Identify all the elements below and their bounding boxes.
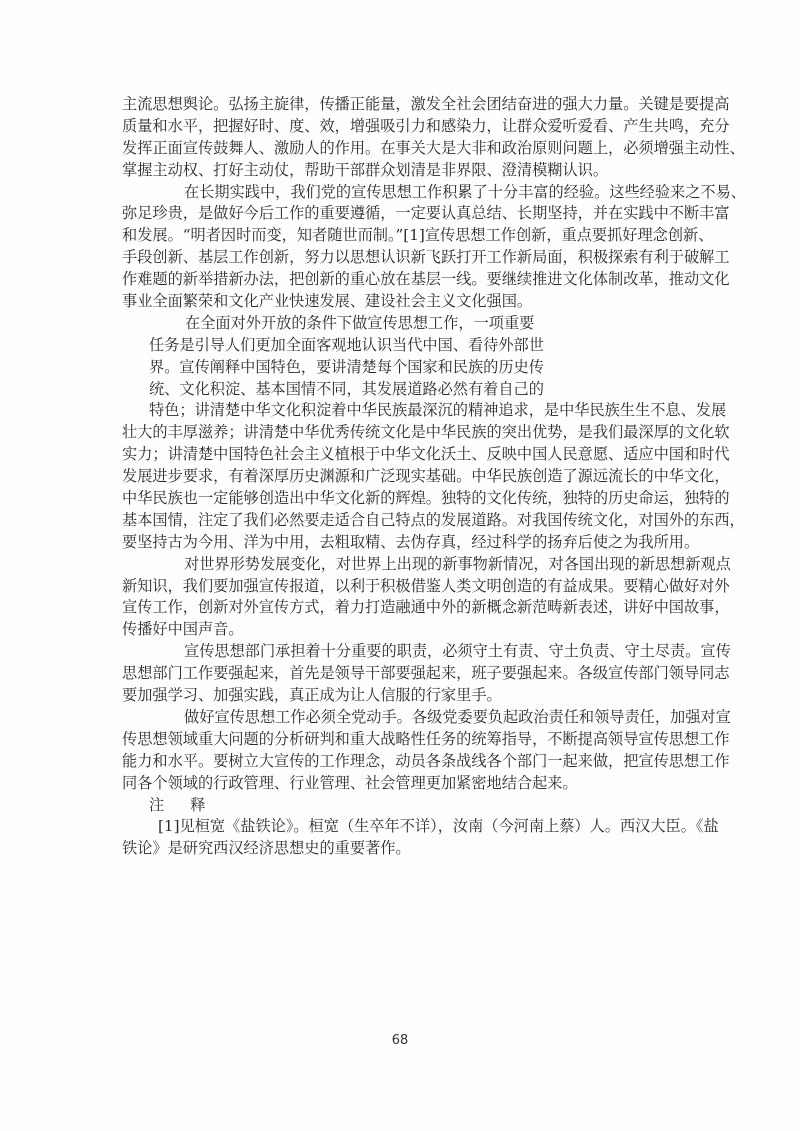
paragraph-6: 做好宣传思想工作必须全党动手。各级党委要负起政治责任和领导责任，加强对宣 传思想… — [122, 707, 682, 795]
text-line: 任务是引导人们更加全面客观地认识当代中国、看待外部世 — [122, 335, 510, 357]
text-line: 界。宣传阐释中国特色，要讲清楚每个国家和民族的历史传 — [122, 357, 510, 379]
paragraph-4: 对世界形势发展变化，对世界上出现的新事物新情况，对各国出现的新思想新观点 新知识… — [122, 554, 682, 642]
text-line: 传播好中国声音。 — [122, 619, 682, 641]
text-line: 发展进步要求，有着深厚历史渊源和广泛现实基础。中华民族创造了源远流长的中华文化， — [122, 466, 682, 488]
text-line: 手段创新、基层工作创新，努力以思想认识新飞跃打开工作新局面，积极探索有利于破解工 — [122, 247, 682, 269]
text-line: 在全面对外开放的条件下做宣传思想工作，一项重要 — [122, 313, 510, 335]
text-line: 特色；讲清楚中华文化积淀着中华民族最深沉的精神追求，是中华民族生生不息、发展 — [122, 400, 682, 422]
text-line: 发挥正面宣传鼓舞人、激励人的作用。在事关大是大非和政治原则问题上，必须增强主动性… — [122, 138, 682, 160]
text-line: 新知识，我们要加强宣传报道，以利于积极借鉴人类文明创造的有益成果。要精心做好对外 — [122, 576, 682, 598]
body-text: 主流思想舆论。弘扬主旋律，传播正能量，激发全社会团结奋进的强大力量。关键是要提高… — [122, 94, 682, 860]
text-line: 在长期实践中，我们党的宣传思想工作积累了十分丰富的经验。这些经验来之不易、 — [122, 182, 682, 204]
text-line: 事业全面繁荣和文化产业快速发展、建设社会主义文化强国。 — [122, 291, 682, 313]
text-line: 实力；讲清楚中国特色社会主义植根于中华文化沃土、反映中国人民意愿、适应中国和时代 — [122, 444, 682, 466]
paragraph-5: 宣传思想部门承担着十分重要的职责，必须守土有责、守土负责、守土尽责。宣传 思想部… — [122, 641, 682, 707]
text-line: 宣传思想部门承担着十分重要的职责，必须守土有责、守土负责、守土尽责。宣传 — [122, 641, 682, 663]
paragraph-1: 主流思想舆论。弘扬主旋律，传播正能量，激发全社会团结奋进的强大力量。关键是要提高… — [122, 94, 682, 182]
text-line: 弥足珍贵，是做好今后工作的重要遵循，一定要认真总结、长期坚持，并在实践中不断丰富 — [122, 203, 682, 225]
text-line: 对世界形势发展变化，对世界上出现的新事物新情况，对各国出现的新思想新观点 — [122, 554, 682, 576]
footnote-1: [1]见桓宽《盐铁论》。桓宽（生卒年不详），汝南（今河南上蔡）人。西汉大臣。《盐… — [122, 816, 682, 860]
paragraph-3-continued: 特色；讲清楚中华文化积淀着中华民族最深沉的精神追求，是中华民族生生不息、发展 壮… — [122, 400, 682, 553]
text-line: 同各个领域的行政管理、行业管理、社会管理更加紧密地结合起来。 — [122, 773, 682, 795]
footnote-line: 铁论》是研究西汉经济思想史的重要著作。 — [122, 838, 682, 860]
text-line: 思想部门工作要强起来，首先是领导干部要强起来，班子要强起来。各级宣传部门领导同志 — [122, 663, 682, 685]
notes-heading-part1: 注 — [149, 796, 164, 814]
notes-heading-part2: 释 — [190, 796, 205, 814]
page-number: 68 — [0, 1033, 800, 1048]
text-line: 中华民族也一定能够创造出中华文化新的辉煌。独特的文化传统，独特的历史命运，独特的 — [122, 488, 682, 510]
text-line: 主流思想舆论。弘扬主旋律，传播正能量，激发全社会团结奋进的强大力量。关键是要提高 — [122, 94, 682, 116]
text-line: 掌握主动权、打好主动仗，帮助干部群众划清是非界限、澄清模糊认识。 — [122, 160, 682, 182]
text-line: 统、文化积淀、基本国情不同，其发展道路必然有着自己的 — [122, 379, 510, 401]
text-line: 传思想领域重大问题的分析研判和重大战略性任务的统筹指导，不断提高领导宣传思想工作 — [122, 729, 682, 751]
text-line: 要坚持古为今用、洋为中用，去粗取精、去伪存真，经过科学的扬弃后使之为我所用。 — [122, 532, 682, 554]
text-line: 壮大的丰厚滋养；讲清楚中华优秀传统文化是中华民族的突出优势，是我们最深厚的文化软 — [122, 422, 682, 444]
text-line: 和发展。“明者因时而变，知者随世而制。”[1]宣传思想工作创新，重点要抓好理念创… — [122, 225, 682, 247]
footnote-line: [1]见桓宽《盐铁论》。桓宽（生卒年不详），汝南（今河南上蔡）人。西汉大臣。《盐 — [122, 816, 682, 838]
text-line: 要加强学习、加强实践，真正成为让人信服的行家里手。 — [122, 685, 682, 707]
text-line: 质量和水平，把握好时、度、效，增强吸引力和感染力，让群众爱听爱看、产生共鸣，充分 — [122, 116, 682, 138]
text-line: 基本国情，注定了我们必然要走适合自己特点的发展道路。对我国传统文化，对国外的东西… — [122, 510, 682, 532]
text-line: 做好宣传思想工作必须全党动手。各级党委要负起政治责任和领导责任，加强对宣 — [122, 707, 682, 729]
paragraph-2: 在长期实践中，我们党的宣传思想工作积累了十分丰富的经验。这些经验来之不易、 弥足… — [122, 182, 682, 313]
text-line: 宣传工作，创新对外宣传方式，着力打造融通中外的新概念新范畴新表述，讲好中国故事， — [122, 597, 682, 619]
text-line: 能力和水平。要树立大宣传的工作理念，动员各条战线各个部门一起来做，把宣传思想工作 — [122, 751, 682, 773]
document-page: 主流思想舆论。弘扬主旋律，传播正能量，激发全社会团结奋进的强大力量。关键是要提高… — [0, 0, 800, 1131]
paragraph-3-indented-block: 在全面对外开放的条件下做宣传思想工作，一项重要 任务是引导人们更加全面客观地认识… — [122, 313, 682, 401]
text-line: 作难题的新举措新办法，把创新的重心放在基层一线。要继续推进文化体制改革，推动文化 — [122, 269, 682, 291]
notes-heading: 注释 — [122, 795, 682, 817]
